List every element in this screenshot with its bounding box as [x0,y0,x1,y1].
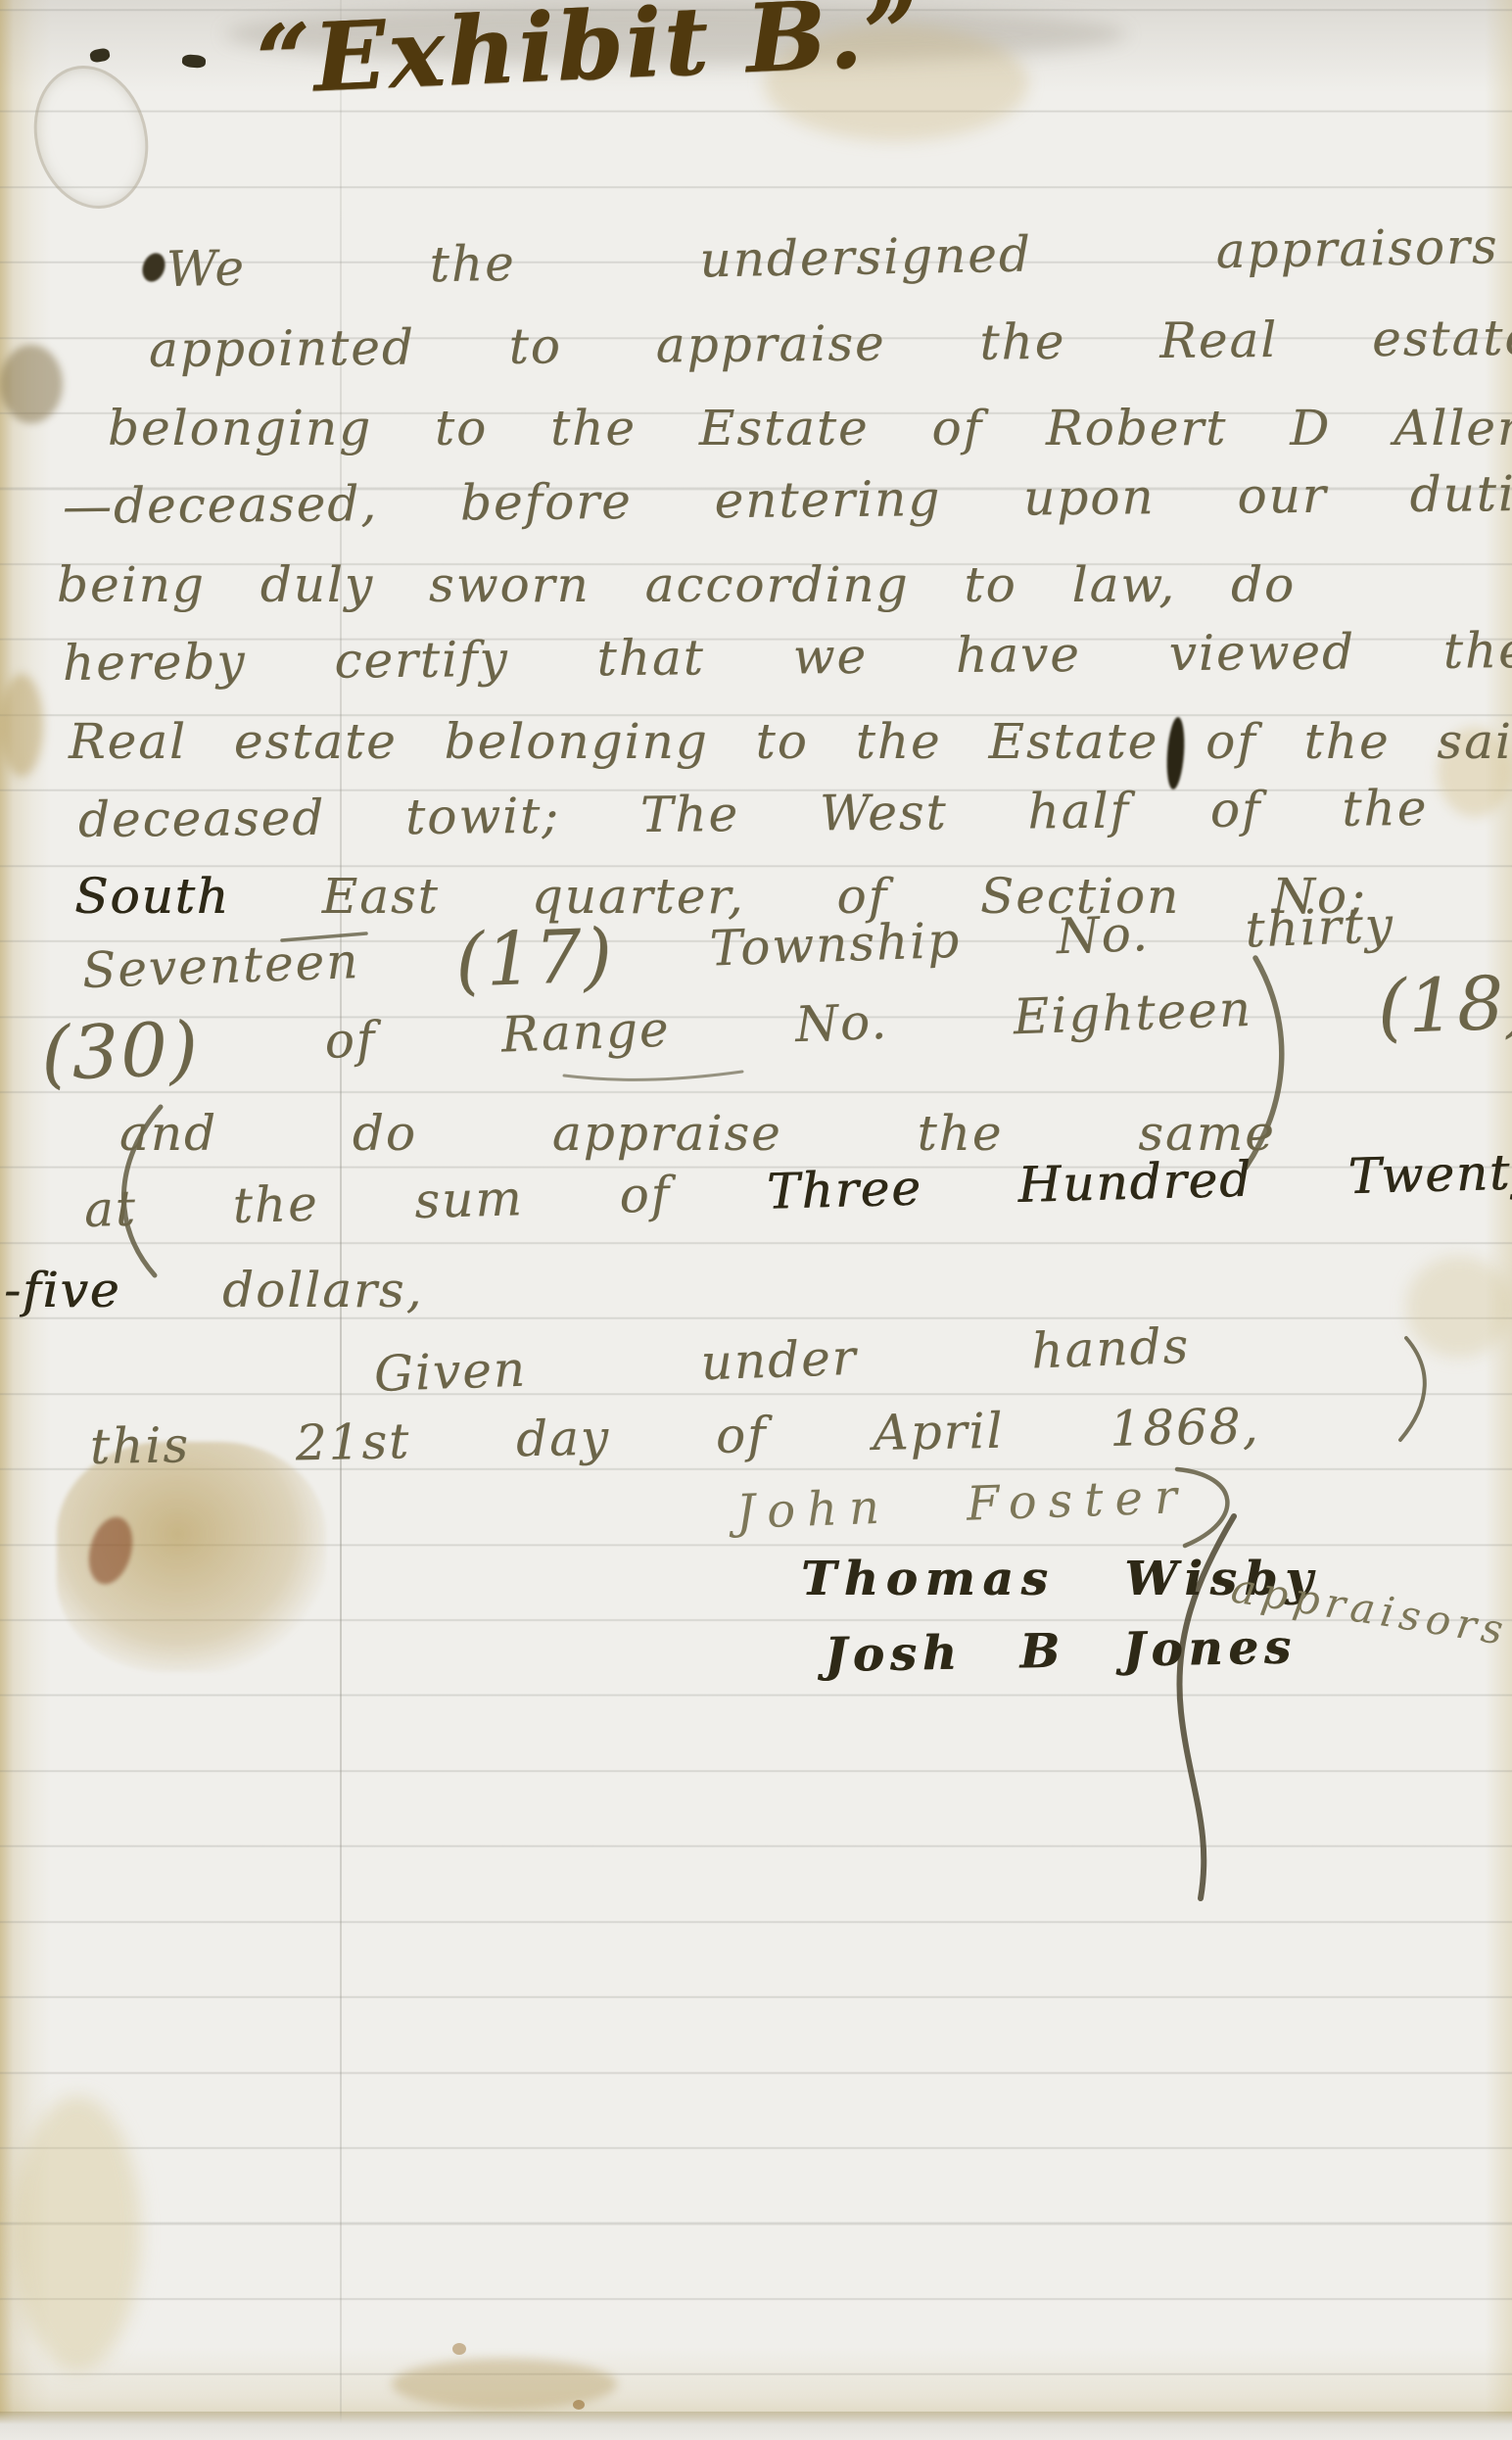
manuscript-line-14: -five dollars, [4,1266,423,1315]
line-10-parenthetical: (17) [454,912,616,1004]
line-12-text: and do appraise the same [119,1105,1276,1162]
line-9-text-dark: South [74,868,230,925]
line-11-parenthetical-b: (18) [1376,959,1512,1051]
ink-dot-top-2 [181,54,206,69]
line-5-text: being duly sworn according to law, do [57,556,1296,613]
age-stain-large-brown [57,1442,326,1672]
line-10-text-a: Seventeen [81,930,456,999]
manuscript-line-16: this 21st day of April 1868, [90,1402,1260,1471]
signature-josh-b-jones: Josh B Jones [825,1624,1298,1679]
line-11-text: of Range No. Eighteen [199,976,1379,1074]
manuscript-line-5: being duly sworn according to law, do [57,560,1296,609]
line-7-text: Real estate belonging to the Estate of t… [69,713,1512,770]
manuscript-line-7: Real estate belonging to the Estate of t… [69,717,1512,766]
line-3-text: belonging to the Estate of Robert D Alle… [108,400,1512,456]
line-14-text: dollars, [120,1262,423,1318]
age-stain-left-mid [0,674,43,777]
manuscript-line-15: Given under hands [373,1321,1191,1399]
paren-after-hands [1400,1338,1425,1440]
dash-after-range [564,1072,742,1079]
line-1-text: We the undersigned [165,226,1032,298]
signature-john-foster-text: John Foster [735,1469,1190,1540]
line-6-text: hereby certify that we have viewed the [63,622,1512,692]
line-11-parenthetical-a: (30) [40,1005,202,1097]
age-stain-bottom-left [14,2096,141,2370]
ink-dot-top-1 [89,47,111,63]
signature-josh-b-jones-text: Josh B Jones [825,1620,1298,1683]
speck-bottom-1 [452,2343,466,2355]
page-bottom-edge [0,2412,1512,2440]
manuscript-line-2: appointed to appraise the Real estate [149,313,1512,374]
age-stain-left-dark [0,345,63,423]
line-14-text-dark: -five [4,1262,120,1318]
manuscript-line-1: We the undersigned appraisors [166,221,1499,294]
age-stain-large-brown-core [82,1512,140,1589]
line-8-text: deceased towit; The West half of the [78,780,1429,848]
speck-bottom-2 [573,2400,585,2410]
line-13-text: at the sum of [83,1164,768,1238]
signature-john-foster: John Foster [735,1473,1189,1536]
exhibit-title: “Exhibit B.” [255,0,923,108]
document-page: “Exhibit B.” We the undersigned appraiso… [0,0,1512,2440]
manuscript-line-12: and do appraise the same [119,1109,1276,1158]
ink-blot-line1 [139,250,169,285]
line-15-text: Given under hands [373,1317,1191,1403]
line-16-text: this 21st day of April 1868, [89,1398,1259,1475]
manuscript-line-6: hereby certify that we have viewed the [63,626,1512,688]
line-4-text: —deceased, before entering upon our duti… [63,465,1512,535]
manuscript-line-4: —deceased, before entering upon our duti… [63,469,1512,531]
age-stain-right-2 [1406,1256,1512,1358]
line-1-text-b: appraisors [1031,217,1499,282]
line-2-text: appointed to appraise the Real estate [149,310,1512,378]
manuscript-line-3: belonging to the Estate of Robert D Alle… [108,404,1512,453]
embossed-seal [19,53,164,221]
manuscript-line-8: deceased towit; The West half of the [78,784,1429,844]
age-stain-bottom-center [392,2359,617,2410]
